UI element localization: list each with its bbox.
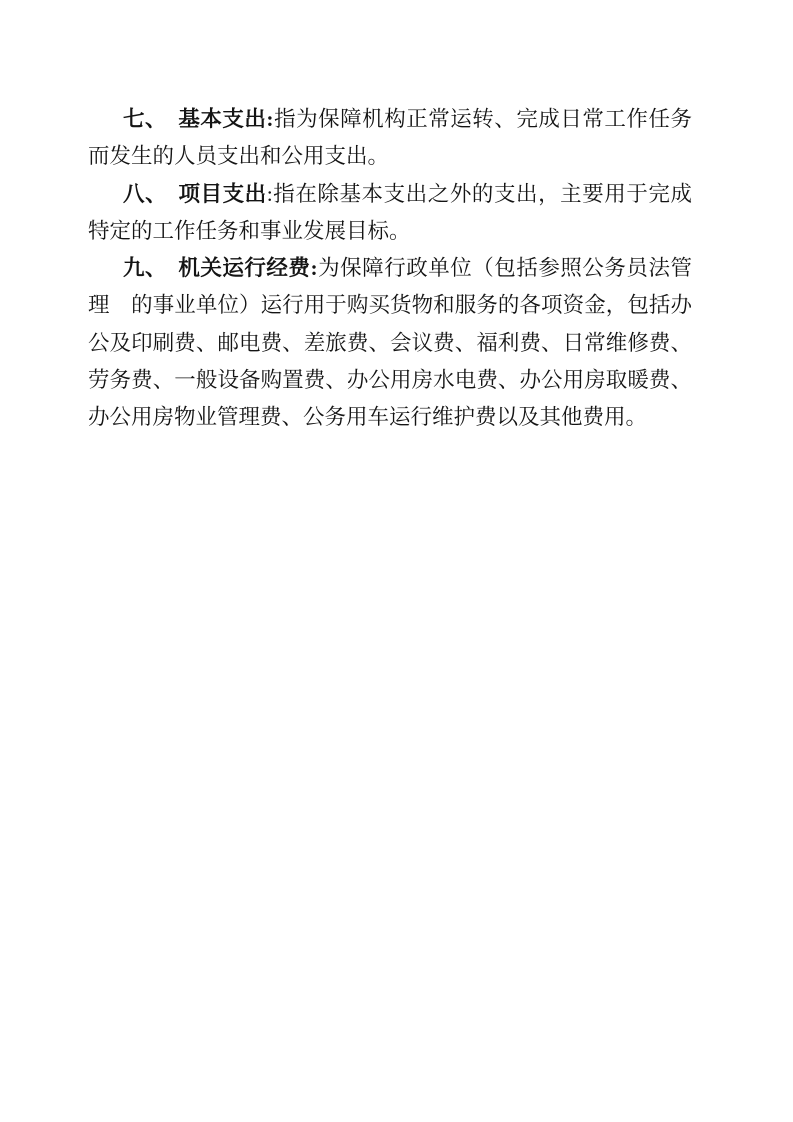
- text-line: 办公用房物业管理费、公务用车运行维护费以及其他费用。: [88, 399, 692, 436]
- text-line: 七、 基本支出:指为保障机构正常运转、完成日常工作任务: [88, 101, 692, 138]
- text-run: 为保障行政单位（包括参照公务员法管: [318, 256, 692, 280]
- bold-text-run: 七、 基本支出:: [123, 107, 274, 131]
- text-run: 办公用房物业管理费、公务用车运行维护费以及其他费用。: [88, 405, 647, 429]
- text-line: 九、 机关运行经费:为保障行政单位（包括参照公务员法管: [88, 250, 692, 287]
- text-line: 劳务费、一般设备购置费、办公用房水电费、办公用房取暖费、: [88, 362, 692, 399]
- text-run: 特定的工作任务和事业发展目标。: [88, 219, 411, 243]
- text-run: 公及印刷费、邮电费、差旅费、会议费、福利费、日常维修费、: [88, 331, 692, 355]
- document-body: 七、 基本支出:指为保障机构正常运转、完成日常工作任务而发生的人员支出和公用支出…: [88, 101, 692, 437]
- document-page: 七、 基本支出:指为保障机构正常运转、完成日常工作任务而发生的人员支出和公用支出…: [0, 0, 793, 1122]
- paragraph-item-7-basic-expenditure: 七、 基本支出:指为保障机构正常运转、完成日常工作任务而发生的人员支出和公用支出…: [88, 101, 692, 176]
- text-line: 特定的工作任务和事业发展目标。: [88, 213, 692, 250]
- text-run: 而发生的人员支出和公用支出。: [88, 144, 389, 168]
- bold-text-run: 八、 项目支出: [123, 182, 267, 206]
- text-line: 八、 项目支出:指在除基本支出之外的支出，主要用于完成: [88, 176, 692, 213]
- text-line: 而发生的人员支出和公用支出。: [88, 138, 692, 175]
- paragraph-item-8-project-expenditure: 八、 项目支出:指在除基本支出之外的支出，主要用于完成特定的工作任务和事业发展目…: [88, 176, 692, 251]
- text-run: 理 的事业单位）运行用于购买货物和服务的各项资金，包括办: [88, 293, 692, 317]
- paragraph-item-9-agency-operating-funds: 九、 机关运行经费:为保障行政单位（包括参照公务员法管理 的事业单位）运行用于购…: [88, 250, 692, 436]
- text-run: :指在除基本支出之外的支出，主要用于完成: [267, 182, 692, 206]
- text-line: 理 的事业单位）运行用于购买货物和服务的各项资金，包括办: [88, 287, 692, 324]
- text-run: 劳务费、一般设备购置费、办公用房水电费、办公用房取暖费、: [88, 368, 692, 392]
- text-line: 公及印刷费、邮电费、差旅费、会议费、福利费、日常维修费、: [88, 325, 692, 362]
- bold-text-run: 九、 机关运行经费:: [123, 256, 318, 280]
- text-run: 指为保障机构正常运转、完成日常工作任务: [274, 107, 692, 131]
